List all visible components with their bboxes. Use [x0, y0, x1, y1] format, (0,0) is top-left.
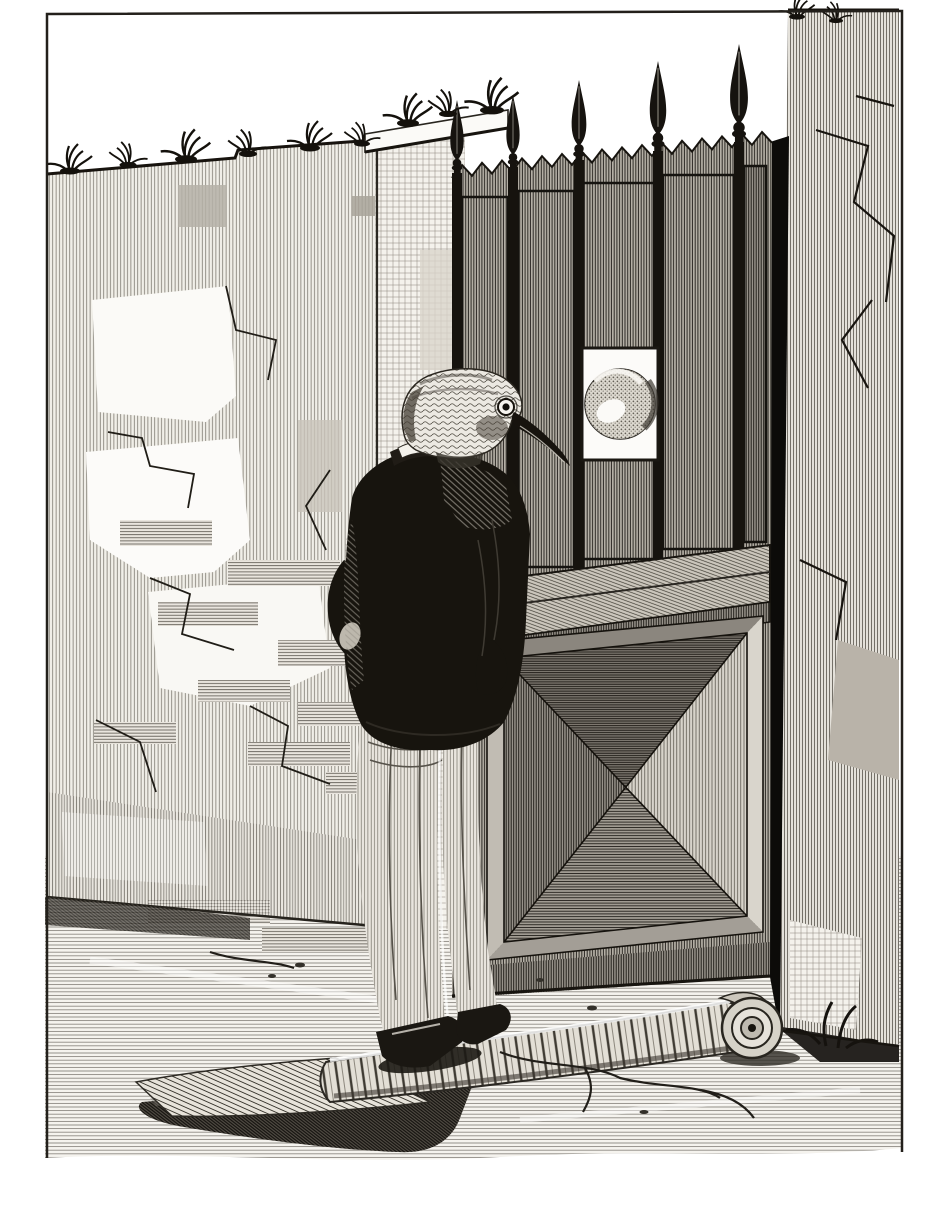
bell-plate	[582, 348, 658, 460]
gate-post	[734, 142, 744, 549]
engraving-illustration	[0, 0, 944, 1221]
trousers	[356, 712, 498, 1042]
pyramid-panel	[487, 616, 763, 960]
bell-knob[interactable]	[585, 369, 655, 439]
right-wall-patch	[828, 640, 899, 780]
jacket	[328, 440, 530, 750]
right-wall	[776, 10, 899, 1062]
plaster-patch	[92, 286, 236, 422]
